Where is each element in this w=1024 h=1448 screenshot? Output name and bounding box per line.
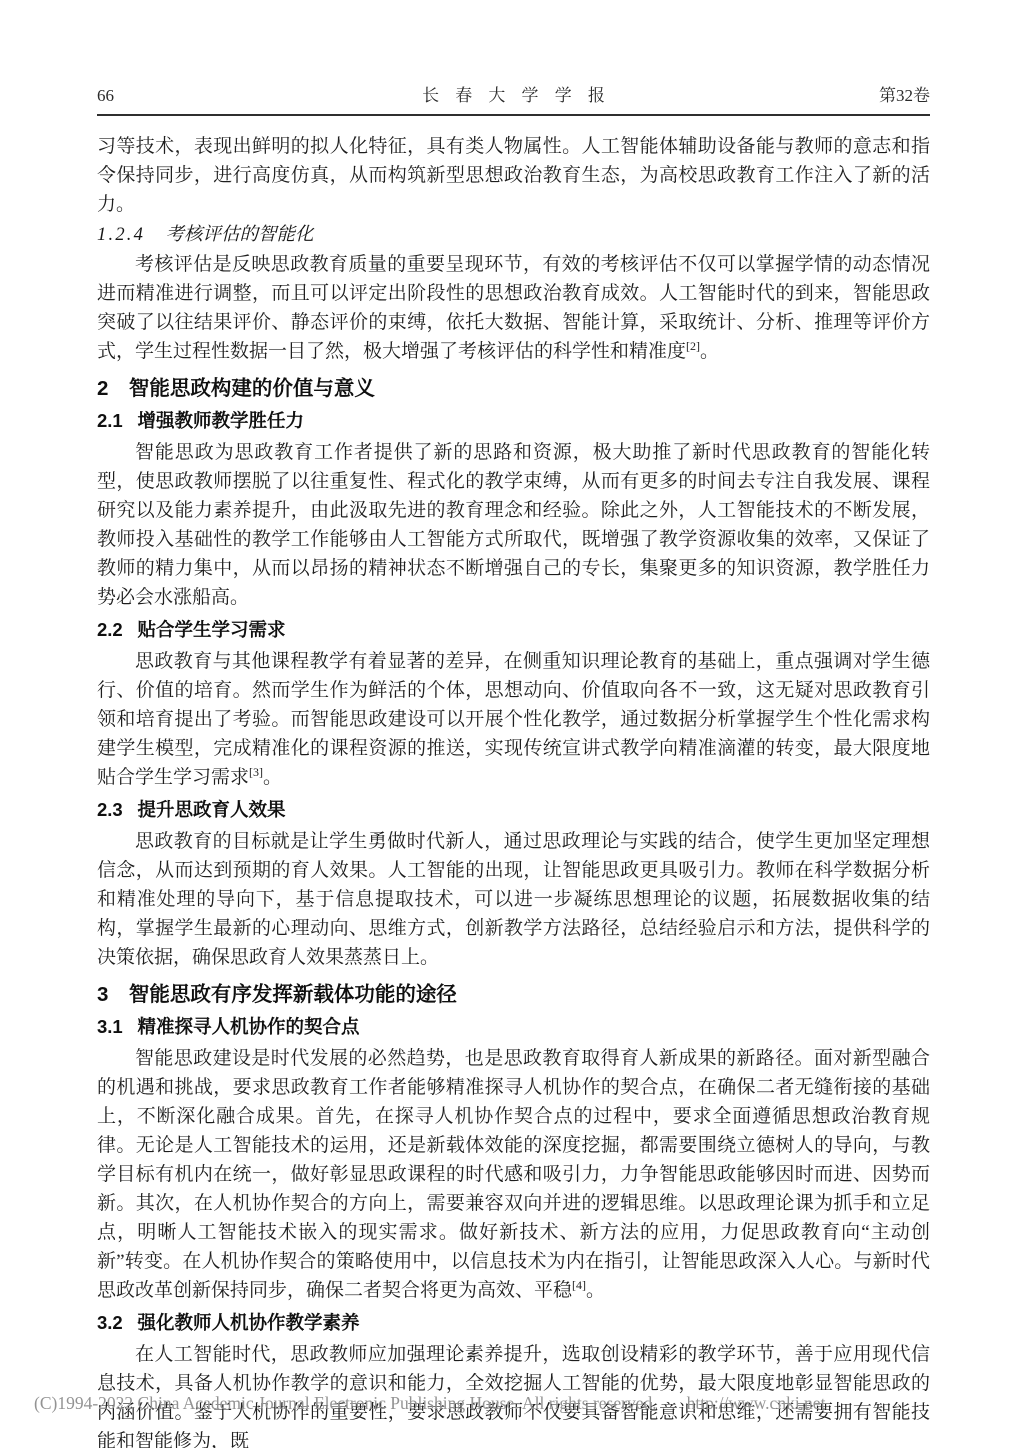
heading-number: 3.1 [97,1016,123,1037]
heading-title: 精准探寻人机协作的契合点 [138,1016,360,1037]
paragraph-1-2-4: 考核评估是反映思政教育质量的重要呈现环节，有效的考核评估不仅可以掌握学情的动态情… [97,250,930,366]
paragraph-3-1: 智能思政建设是时代发展的必然趋势，也是思政教育取得育人新成果的新路径。面对新型融… [97,1044,930,1305]
paragraph-2-3: 思政教育的目标就是让学生勇做时代新人，通过思政理论与实践的结合，使学生更加坚定理… [97,827,930,972]
heading-1-2-4: 1.2.4考核评估的智能化 [97,222,930,248]
paragraph-tail: 。 [263,767,282,788]
heading-number: 1.2.4 [97,225,145,245]
heading-title: 考核评估的智能化 [165,225,313,245]
citation-ref-2: [2] [686,339,700,353]
heading-2-3: 2.3提升思政育人效果 [97,797,930,823]
heading-title: 贴合学生学习需求 [138,619,286,640]
copyright-text: (C)1994-2022 China Academic Journal Elec… [34,1393,657,1413]
citation-ref-3: [3] [249,765,263,779]
cnki-copyright-footer: (C)1994-2022 China Academic Journal Elec… [34,1393,990,1414]
article-body: 习等技术，表现出鲜明的拟人化特征，具有类人物属性。人工智能体辅助设备能与教师的意… [97,132,930,1448]
heading-3-2: 3.2强化教师人机协作教学素养 [97,1310,930,1336]
citation-ref-4: [4] [572,1278,586,1292]
heading-title: 智能思政构建的价值与意义 [129,377,375,400]
heading-number: 3 [97,983,108,1006]
heading-3-1: 3.1精准探寻人机协作的契合点 [97,1014,930,1040]
paragraph-2-1: 智能思政为思政教育工作者提供了新的思路和资源，极大助推了新时代思政教育的智能化转… [97,438,930,612]
running-head: 66 长春大学学报 第32卷 [97,84,930,108]
heading-number: 3.2 [97,1312,123,1333]
heading-title: 增强教师教学胜任力 [138,410,305,431]
paragraph-tail: 。 [700,341,719,362]
journal-page: 66 长春大学学报 第32卷 习等技术，表现出鲜明的拟人化特征，具有类人物属性。… [97,84,930,1448]
heading-title: 智能思政有序发挥新载体功能的途径 [129,983,457,1006]
header-divider [97,114,930,116]
paragraph-text: 智能思政建设是时代发展的必然趋势，也是思政教育取得育人新成果的新路径。面对新型融… [97,1048,930,1301]
heading-number: 2.3 [97,799,123,820]
heading-number: 2.2 [97,619,123,640]
volume-label: 第32卷 [840,84,930,108]
heading-2-2: 2.2贴合学生学习需求 [97,617,930,643]
paragraph-2-2: 思政教育与其他课程教学有着显著的差异，在侧重知识理论教育的基础上，重点强调对学生… [97,647,930,792]
paragraph-text: 考核评估是反映思政教育质量的重要呈现环节，有效的考核评估不仅可以掌握学情的动态情… [97,254,930,362]
heading-title: 强化教师人机协作教学素养 [138,1312,360,1333]
page-number: 66 [97,84,187,108]
heading-number: 2 [97,377,108,400]
cnki-url: http://www.cnki.net [687,1393,826,1413]
heading-number: 2.1 [97,410,123,431]
heading-section-2: 2智能思政构建的价值与意义 [97,375,930,403]
heading-section-3: 3智能思政有序发挥新载体功能的途径 [97,981,930,1009]
heading-title: 提升思政育人效果 [138,799,286,820]
paragraph-continued: 习等技术，表现出鲜明的拟人化特征，具有类人物属性。人工智能体辅助设备能与教师的意… [97,132,930,219]
paragraph-tail: 。 [586,1280,605,1301]
journal-title: 长春大学学报 [187,84,840,108]
paragraph-text: 思政教育与其他课程教学有着显著的差异，在侧重知识理论教育的基础上，重点强调对学生… [97,651,930,788]
heading-2-1: 2.1增强教师教学胜任力 [97,408,930,434]
